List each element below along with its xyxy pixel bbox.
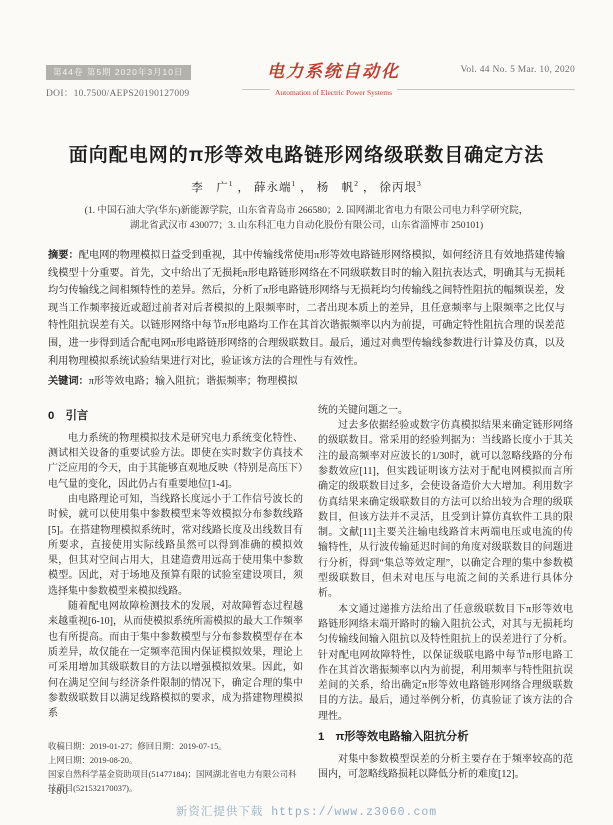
masthead-left: 第44卷 第5期 2020年3月10日 DOI：10.7500/AEPS2019… bbox=[46, 62, 242, 99]
author-affil-sup: 1 bbox=[229, 179, 234, 188]
keywords-text: π形等效电路；输入阻抗；谐振频率；物理模拟 bbox=[89, 376, 298, 387]
issue-info-en: Vol. 44 No. 5 Mar. 10, 2020 bbox=[425, 62, 575, 75]
right-column: 统的关键问题之一。 过去多依据经验或数字仿真模拟结果来确定链形网络的级联数目。常… bbox=[318, 403, 573, 795]
issue-info-cn: 第44卷 第5期 2020年3月10日 bbox=[46, 65, 191, 80]
author: 杨 帆2 bbox=[317, 182, 359, 194]
affiliation-line: (1. 中国石油大学(华东)新能源学院，山东省青岛市 266580；2. 国网湖… bbox=[0, 203, 613, 218]
body-paragraph: 对集中参数模型误差的分析主要存在于频率较高的范围内，可忽略线路损耗以降低分析的难… bbox=[318, 752, 573, 783]
article-title: 面向配电网的π形等效电路链形网络级联数目确定方法 bbox=[30, 140, 583, 167]
footnote-received-dates: 收稿日期：2019-01-27；修回日期：2019-07-15。 bbox=[48, 740, 303, 753]
keywords: 关键词：π形等效电路；输入阻抗；谐振频率；物理模拟 bbox=[48, 373, 565, 391]
paper-page: 第44卷 第5期 2020年3月10日 DOI：10.7500/AEPS2019… bbox=[0, 0, 613, 825]
section-heading-1: 1 π形等效电路输入阻抗分析 bbox=[318, 728, 573, 744]
author: 薛永端1 bbox=[254, 182, 296, 194]
author-line: 李 广1，薛永端1，杨 帆2，徐丙垠3 bbox=[0, 179, 613, 195]
affiliation-line: 湖北省武汉市 430077；3. 山东科汇电力自动化股份有限公司，山东省淄博市 … bbox=[0, 218, 613, 233]
author: 徐丙垠3 bbox=[380, 182, 422, 194]
journal-logo: 电力系统自动化 bbox=[242, 62, 425, 82]
download-watermark: 新资汇提供下载 https://www.z3060.com bbox=[0, 803, 613, 819]
page-number: 180 bbox=[50, 786, 69, 797]
body-columns: 0 引言 电力系统的物理模拟技术是研究电力系统变化特性、测试相关设备的重要试验方… bbox=[48, 403, 573, 795]
body-paragraph: 本文通过递推方法给出了任意级联数目下π形等效电路链形网络末端开路时的输入阻抗公式… bbox=[318, 602, 573, 724]
footnote-funding: 国家自然科学基金资助项目(51477184)；国网湖北省电力有限公司科技项目(5… bbox=[48, 768, 303, 794]
body-paragraph: 过去多依据经验或数字仿真模拟结果来确定链形网络的级联数目。常采用的经验判据为：当… bbox=[318, 418, 573, 602]
keywords-label: 关键词： bbox=[48, 376, 89, 387]
body-paragraph: 随着配电网故障检测技术的发展，对故障暂态过程越来越重视[6-10]，从而使模拟系… bbox=[48, 599, 303, 721]
left-column: 0 引言 电力系统的物理模拟技术是研究电力系统变化特性、测试相关设备的重要试验方… bbox=[48, 403, 303, 795]
author: 李 广1 bbox=[191, 182, 233, 194]
section-heading-0: 0 引言 bbox=[48, 407, 303, 423]
abstract: 摘要：配电网的物理模拟日益受到重视，其中传输线常使用π形等效电路链形网络模拟，如… bbox=[48, 247, 565, 370]
abstract-text: 配电网的物理模拟日益受到重视，其中传输线常使用π形等效电路链形网络模拟，如何经济… bbox=[48, 250, 565, 367]
body-paragraph: 由电路理论可知，当线路长度远小于工作信号波长的时候，就可以使用集中参数模型来等效… bbox=[48, 492, 303, 599]
journal-name-en: Automation of Electric Power Systems bbox=[270, 87, 397, 98]
author-separator: ， bbox=[234, 182, 255, 194]
author-separator: ， bbox=[359, 182, 380, 194]
masthead-center: 电力系统自动化 Automation of Electric Power Sys… bbox=[242, 62, 425, 100]
author-separator: ， bbox=[296, 182, 317, 194]
footnote-online-date: 上网日期：2019-08-20。 bbox=[48, 754, 303, 767]
footnote-block: 收稿日期：2019-01-27；修回日期：2019-07-15。 上网日期：20… bbox=[48, 733, 303, 795]
abstract-label: 摘要： bbox=[48, 250, 79, 261]
author-affil-sup: 3 bbox=[417, 179, 422, 188]
affiliations: (1. 中国石油大学(华东)新能源学院，山东省青岛市 266580；2. 国网湖… bbox=[0, 203, 613, 233]
doi-text: DOI：10.7500/AEPS20190127009 bbox=[46, 85, 242, 99]
body-paragraph: 电力系统的物理模拟技术是研究电力系统变化特性、测试相关设备的重要试验方法。即使在… bbox=[48, 431, 303, 492]
body-paragraph-continuation: 统的关键问题之一。 bbox=[318, 403, 573, 418]
journal-masthead: 第44卷 第5期 2020年3月10日 DOI：10.7500/AEPS2019… bbox=[46, 62, 575, 100]
